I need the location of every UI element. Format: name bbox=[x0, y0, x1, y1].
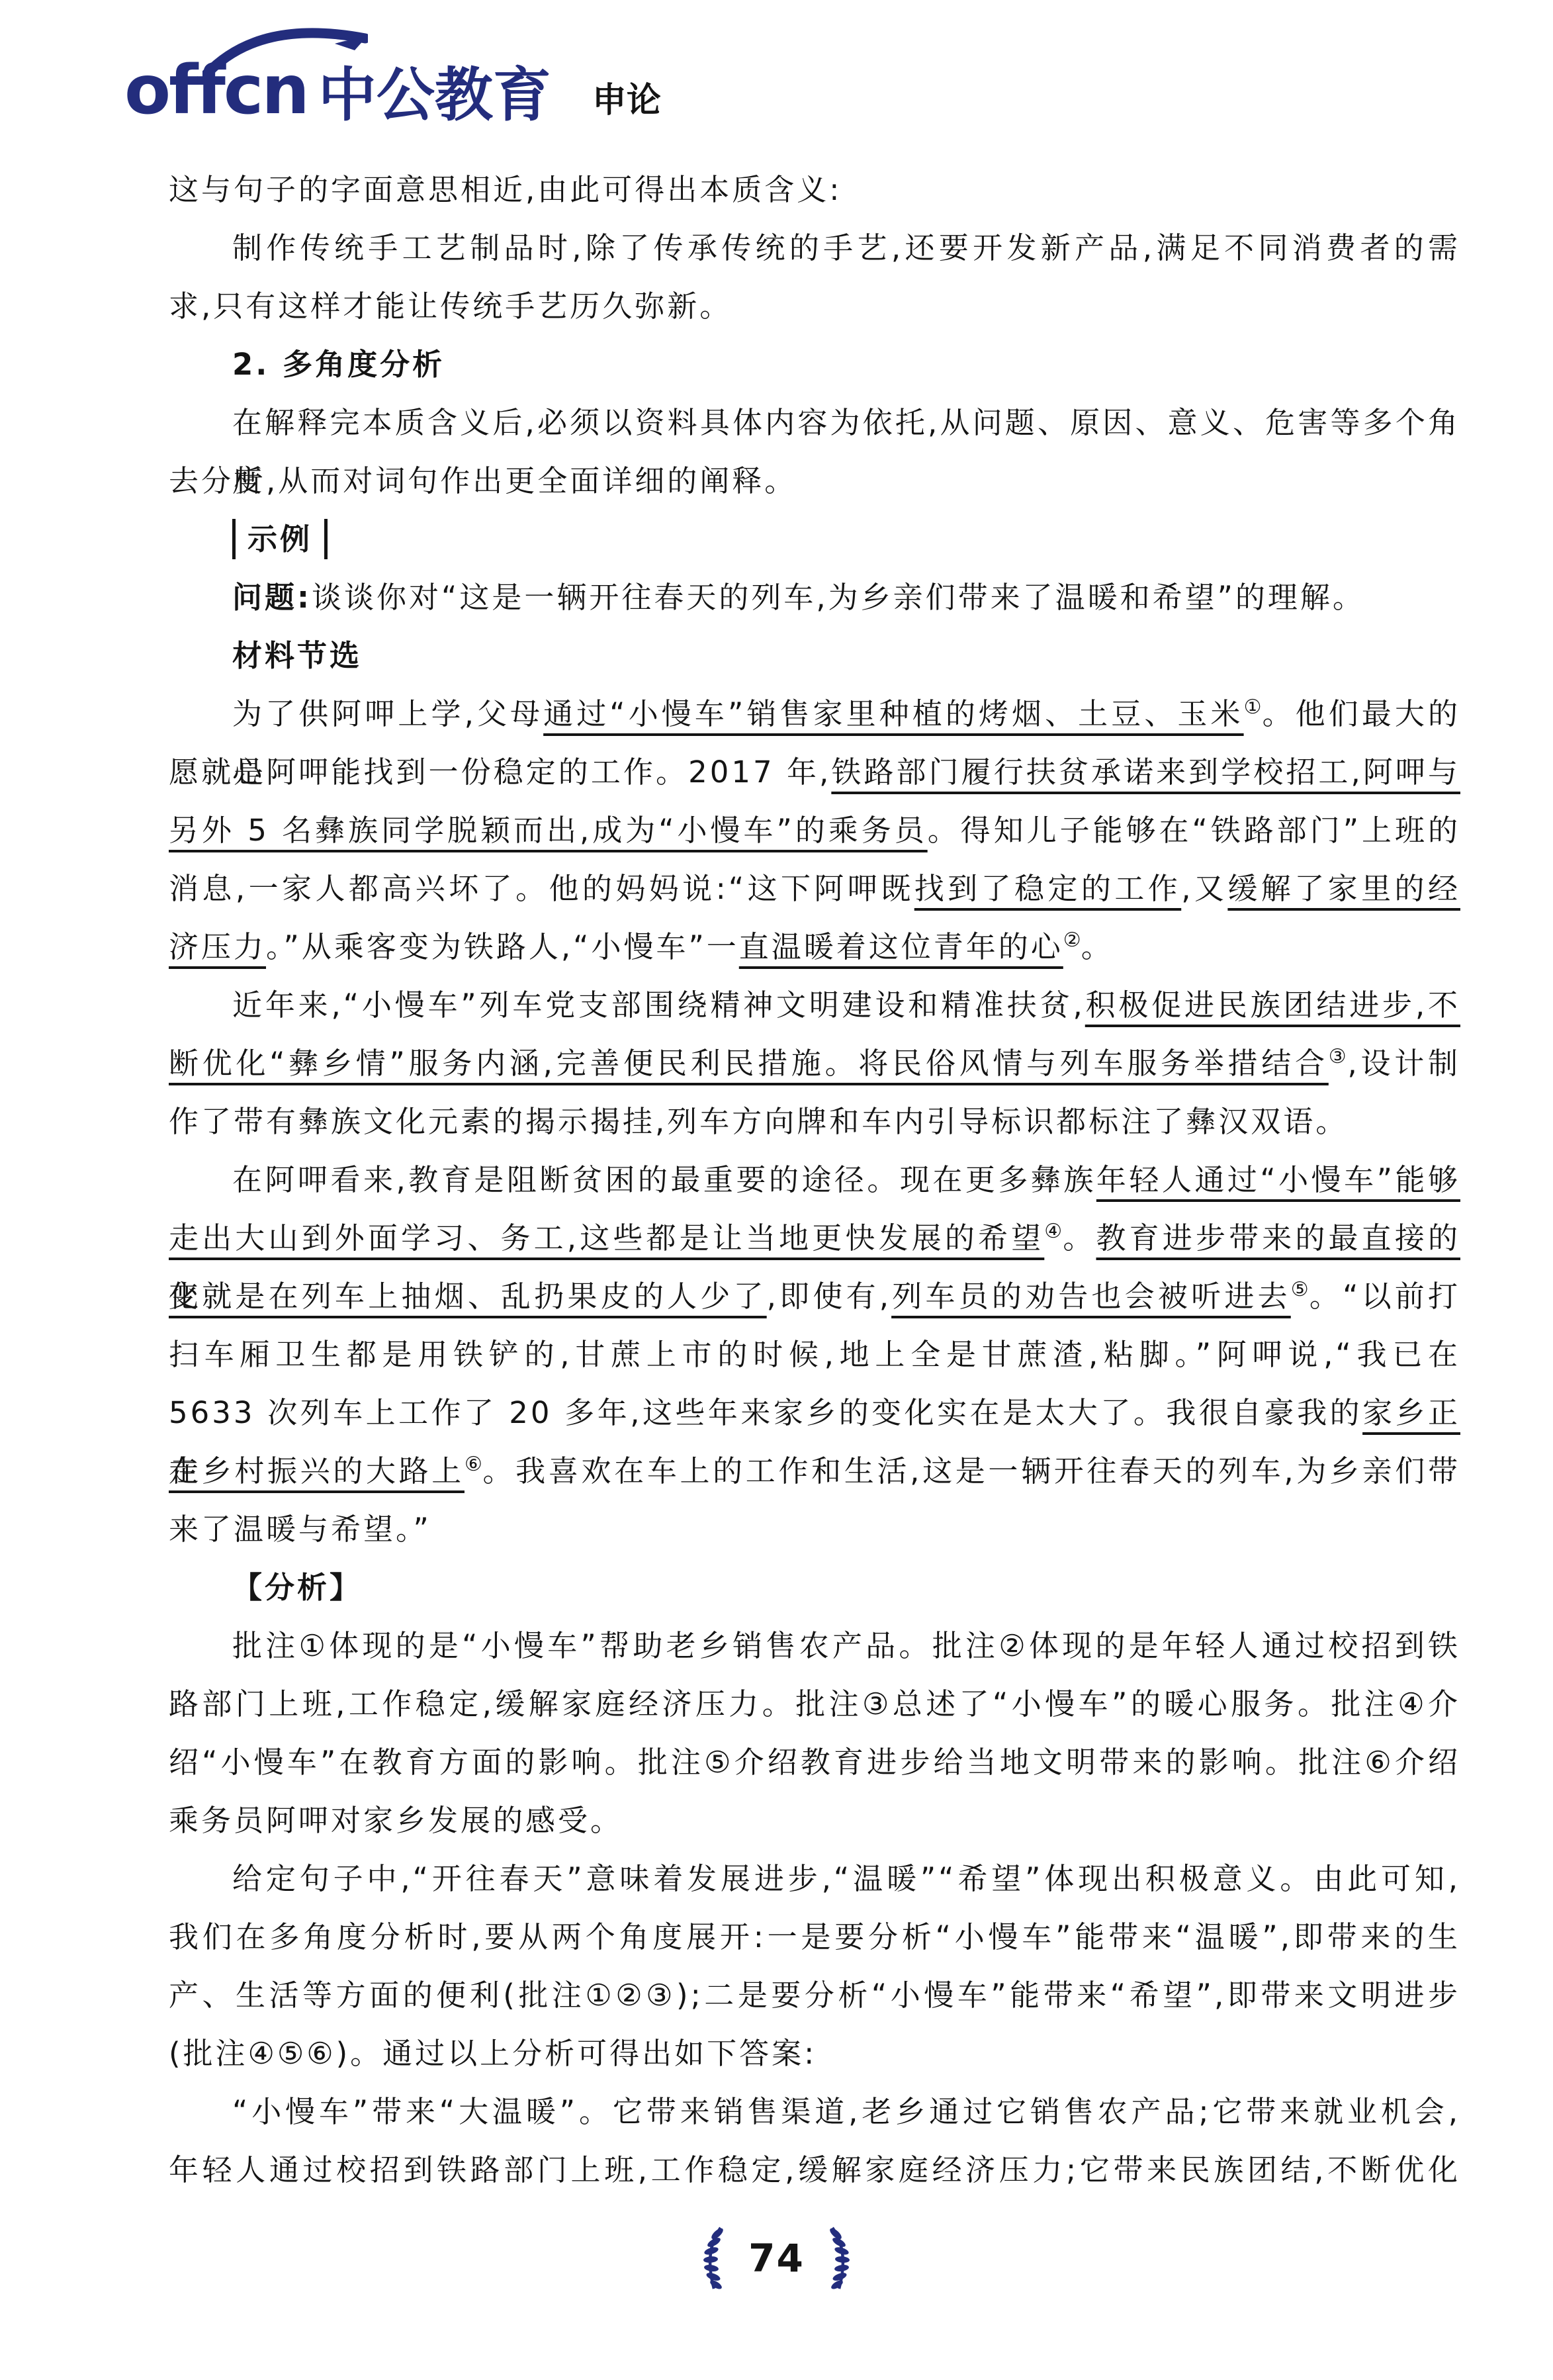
text-segment: 绍“小慢车”在教育方面的影响。批注⑤介绍教育进步给当地文明带来的影响。批注⑥介绍 bbox=[169, 1745, 1460, 1780]
document-page: offcn 中公教育 申论 这与句子的字面意思相近,由此可得出本质含义:制作传统… bbox=[0, 0, 1553, 2380]
text-line: 在阿呷看来,教育是阻断贫困的最重要的途径。现在更多彝族年轻人通过“小慢车”能够 bbox=[169, 1151, 1460, 1209]
text-segment: 缓解了家里的经 bbox=[1227, 871, 1460, 906]
text-line: 制作传统手工艺制品时,除了传承传统的手艺,还要开发新产品,满足不同消费者的需 bbox=[169, 219, 1460, 277]
example-label: 示例 bbox=[169, 510, 1460, 569]
page-header: offcn 中公教育 申论 bbox=[124, 57, 661, 124]
annotation-marker: ④ bbox=[1044, 1220, 1063, 1243]
text-segment: 在阿呷看来,教育是阻断贫困的最重要的途径。现在更多彝族 bbox=[232, 1162, 1096, 1197]
swoosh-icon bbox=[202, 24, 368, 81]
text-segment: “小慢车”带来“大温暖”。它带来销售渠道,老乡通过它销售农产品;它带来就业机会, bbox=[232, 2094, 1460, 2129]
text-segment: ,即使有, bbox=[767, 1279, 891, 1314]
text-segment: ,设计制 bbox=[1347, 1046, 1460, 1081]
example-label-box: 示例 bbox=[232, 519, 328, 559]
text-segment: 问题: bbox=[232, 580, 312, 615]
text-segment: 路部门上班,工作稳定,缓解家庭经济压力。批注③总述了“小慢车”的暖心服务。批注④… bbox=[169, 1686, 1460, 1721]
text-line: 在解释完本质含义后,必须以资料具体内容为依托,从问题、原因、意义、危害等多个角度 bbox=[169, 394, 1460, 452]
text-segment: 。得知儿子能够在“铁路部门”上班的 bbox=[928, 813, 1460, 848]
laurel-branch-right-icon bbox=[824, 2225, 856, 2291]
text-segment: 年轻人通过“小慢车”能够 bbox=[1096, 1162, 1460, 1197]
text-segment: 通过“小慢车”销售家里种植的烤烟、土豆、玉米 bbox=[543, 696, 1243, 731]
text-segment: 消息,一家人都高兴坏了。他的妈妈说:“这下阿呷既 bbox=[169, 871, 914, 906]
document-body: 这与句子的字面意思相近,由此可得出本质含义:制作传统手工艺制品时,除了传承传统的… bbox=[169, 161, 1460, 2199]
annotation-marker: ① bbox=[1244, 696, 1263, 719]
text-segment: (批注④⑤⑥)。通过以上分析可得出如下答案: bbox=[169, 2036, 817, 2071]
text-line: 愿就是阿呷能找到一份稳定的工作。2017 年,铁路部门履行扶贫承诺来到学校招工,… bbox=[169, 743, 1460, 801]
text-segment: 近年来,“小慢车”列车党支部围绕精神文明建设和精准扶贫, bbox=[232, 987, 1085, 1023]
text-segment: 乘务员阿呷对家乡发展的感受。 bbox=[169, 1803, 623, 1838]
text-segment: 列车员的劝告也会被听进去 bbox=[891, 1279, 1291, 1314]
text-line: 来了温暖与希望。” bbox=[169, 1500, 1460, 1559]
text-segment: 愿就是阿呷能找到一份稳定的工作。2017 年, bbox=[169, 755, 831, 790]
annotation-marker: ⑤ bbox=[1291, 1278, 1309, 1301]
text-line: (批注④⑤⑥)。通过以上分析可得出如下答案: bbox=[169, 2025, 1460, 2083]
text-segment: 来了温暖与希望。” bbox=[169, 1512, 431, 1547]
text-line: 绍“小慢车”在教育方面的影响。批注⑤介绍教育进步给当地文明带来的影响。批注⑥介绍 bbox=[169, 1733, 1460, 1792]
text-segment: 积极促进民族团结进步,不 bbox=[1085, 987, 1460, 1023]
text-line: 产、生活等方面的便利(批注①②③);二是要分析“小慢车”能带来“希望”,即带来文… bbox=[169, 1966, 1460, 2025]
text-line: 另外 5 名彝族同学脱颖而出,成为“小慢车”的乘务员。得知儿子能够在“铁路部门”… bbox=[169, 801, 1460, 860]
text-segment: 作了带有彝族文化元素的揭示揭挂,列车方向牌和车内引导标识都标注了彝汉双语。 bbox=[169, 1104, 1348, 1139]
text-segment: 。我喜欢在车上的工作和生活,这是一辆开往春天的列车,为乡亲们带 bbox=[483, 1453, 1460, 1488]
text-segment: 。”从乘客变为铁路人,“小慢车”一 bbox=[266, 929, 739, 964]
text-segment: 示例 bbox=[247, 522, 312, 557]
text-segment: 批注①体现的是“小慢车”帮助老乡销售农产品。批注②体现的是年轻人通过校招到铁 bbox=[232, 1628, 1460, 1663]
page-footer: 74 bbox=[0, 2225, 1553, 2291]
text-line: 给定句子中,“开往春天”意味着发展进步,“温暖”“希望”体现出积极意义。由此可知… bbox=[169, 1850, 1460, 1908]
text-segment: 产、生活等方面的便利(批注①②③);二是要分析“小慢车”能带来“希望”,即带来文… bbox=[169, 1978, 1460, 2013]
text-segment: 【分析】 bbox=[232, 1570, 362, 1605]
text-line: 批注①体现的是“小慢车”帮助老乡销售农产品。批注②体现的是年轻人通过校招到铁 bbox=[169, 1617, 1460, 1675]
text-line: 求,只有这样才能让传统手艺历久弥新。 bbox=[169, 277, 1460, 336]
text-segment: 直温暖着这位青年的心 bbox=[739, 929, 1063, 964]
annotation-marker: ⑥ bbox=[465, 1453, 483, 1476]
text-line: 走出大山到外面学习、务工,这些都是让当地更快发展的希望④。教育进步带来的最直接的… bbox=[169, 1209, 1460, 1267]
text-segment: 这与句子的字面意思相近,由此可得出本质含义: bbox=[169, 172, 842, 207]
text-segment: 我们在多角度分析时,要从两个角度展开:一是要分析“小慢车”能带来“温暖”,即带来… bbox=[169, 1919, 1460, 1954]
text-segment: 谈谈你对“这是一辆开往春天的列车,为乡亲们带来了温暖和希望”的理解。 bbox=[312, 580, 1365, 615]
laurel-branch-left-icon bbox=[697, 2225, 729, 2291]
text-line: 化就是在列车上抽烟、乱扔果皮的人少了,即使有,列车员的劝告也会被听进去⑤。“以前… bbox=[169, 1267, 1460, 1326]
text-line: 在乡村振兴的大路上⑥。我喜欢在车上的工作和生活,这是一辆开往春天的列车,为乡亲们… bbox=[169, 1442, 1460, 1500]
text-line: 消息,一家人都高兴坏了。他的妈妈说:“这下阿呷既找到了稳定的工作,又缓解了家里的… bbox=[169, 860, 1460, 918]
text-segment: 化就是在列车上抽烟、乱扔果皮的人少了 bbox=[169, 1279, 767, 1314]
text-line: 断优化“彝乡情”服务内涵,完善便民利民措施。将民俗风情与列车服务举措结合③,设计… bbox=[169, 1034, 1460, 1093]
section-heading: 【分析】 bbox=[169, 1559, 1460, 1617]
text-segment: ,又 bbox=[1181, 871, 1227, 906]
section-heading: 材料节选 bbox=[169, 627, 1460, 685]
text-line: 济压力。”从乘客变为铁路人,“小慢车”一直温暖着这位青年的心②。 bbox=[169, 918, 1460, 976]
text-segment: 济压力 bbox=[169, 929, 266, 964]
text-line: 乘务员阿呷对家乡发展的感受。 bbox=[169, 1792, 1460, 1850]
text-line: 路部门上班,工作稳定,缓解家庭经济压力。批注③总述了“小慢车”的暖心服务。批注④… bbox=[169, 1675, 1460, 1733]
text-segment: 年轻人通过校招到铁路部门上班,工作稳定,缓解家庭经济压力;它带来民族团结,不断优… bbox=[169, 2152, 1460, 2187]
text-segment: 找到了稳定的工作 bbox=[914, 871, 1181, 906]
text-segment: 在乡村振兴的大路上 bbox=[169, 1453, 465, 1488]
subject-label: 申论 bbox=[592, 83, 661, 124]
text-line: 我们在多角度分析时,要从两个角度展开:一是要分析“小慢车”能带来“温暖”,即带来… bbox=[169, 1908, 1460, 1966]
text-line: 扫车厢卫生都是用铁铲的,甘蔗上市的时候,地上全是甘蔗渣,粘脚。”阿呷说,“我已在 bbox=[169, 1326, 1460, 1384]
text-segment: 给定句子中,“开往春天”意味着发展进步,“温暖”“希望”体现出积极意义。由此可知… bbox=[232, 1861, 1460, 1896]
annotation-marker: ③ bbox=[1329, 1045, 1348, 1068]
text-line: 问题:谈谈你对“这是一辆开往春天的列车,为乡亲们带来了温暖和希望”的理解。 bbox=[169, 569, 1460, 627]
text-line: 年轻人通过校招到铁路部门上班,工作稳定,缓解家庭经济压力;它带来民族团结,不断优… bbox=[169, 2141, 1460, 2199]
text-line: 这与句子的字面意思相近,由此可得出本质含义: bbox=[169, 161, 1460, 219]
text-segment: 断优化“彝乡情”服务内涵,完善便民利民措施。将民俗风情与列车服务举措结合 bbox=[169, 1046, 1329, 1081]
text-segment: 求,只有这样才能让传统手艺历久弥新。 bbox=[169, 289, 732, 324]
offcn-logo: offcn 中公教育 bbox=[124, 57, 551, 124]
text-segment: 另外 5 名彝族同学脱颖而出,成为“小慢车”的乘务员 bbox=[169, 813, 928, 848]
section-heading: 2. 多角度分析 bbox=[169, 336, 1460, 394]
text-segment: 2. 多角度分析 bbox=[232, 347, 445, 382]
text-segment: 扫车厢卫生都是用铁铲的,甘蔗上市的时候,地上全是甘蔗渣,粘脚。”阿呷说,“我已在 bbox=[169, 1337, 1460, 1372]
annotation-marker: ② bbox=[1063, 929, 1081, 952]
text-line: 近年来,“小慢车”列车党支部围绕精神文明建设和精准扶贫,积极促进民族团结进步,不 bbox=[169, 976, 1460, 1034]
text-segment: 去分析,从而对词句作出更全面详细的阐释。 bbox=[169, 463, 797, 498]
text-segment: 。 bbox=[1081, 929, 1114, 964]
text-segment: 走出大山到外面学习、务工,这些都是让当地更快发展的希望 bbox=[169, 1220, 1044, 1256]
text-line: 为了供阿呷上学,父母通过“小慢车”销售家里种植的烤烟、土豆、玉米①。他们最大的心 bbox=[169, 685, 1460, 743]
page-number: 74 bbox=[748, 2236, 805, 2281]
text-segment: 制作传统手工艺制品时,除了传承传统的手艺,还要开发新产品,满足不同消费者的需 bbox=[232, 230, 1460, 265]
text-line: 5633 次列车上工作了 20 多年,这些年来家乡的变化实在是太大了。我很自豪我… bbox=[169, 1384, 1460, 1442]
text-segment: 。 bbox=[1063, 1220, 1096, 1256]
text-segment: 。“以前打 bbox=[1309, 1279, 1460, 1314]
text-segment: 5633 次列车上工作了 20 多年,这些年来家乡的变化实在是太大了。我很自豪我… bbox=[169, 1395, 1362, 1430]
text-segment: 为了供阿呷上学,父母 bbox=[232, 696, 543, 731]
text-segment: 铁路部门履行扶贫承诺来到学校招工,阿呷与 bbox=[831, 755, 1460, 790]
text-segment: 材料节选 bbox=[232, 638, 362, 673]
text-line: 去分析,从而对词句作出更全面详细的阐释。 bbox=[169, 452, 1460, 510]
text-line: “小慢车”带来“大温暖”。它带来销售渠道,老乡通过它销售农产品;它带来就业机会, bbox=[169, 2083, 1460, 2141]
text-line: 作了带有彝族文化元素的揭示揭挂,列车方向牌和车内引导标识都标注了彝汉双语。 bbox=[169, 1093, 1460, 1151]
